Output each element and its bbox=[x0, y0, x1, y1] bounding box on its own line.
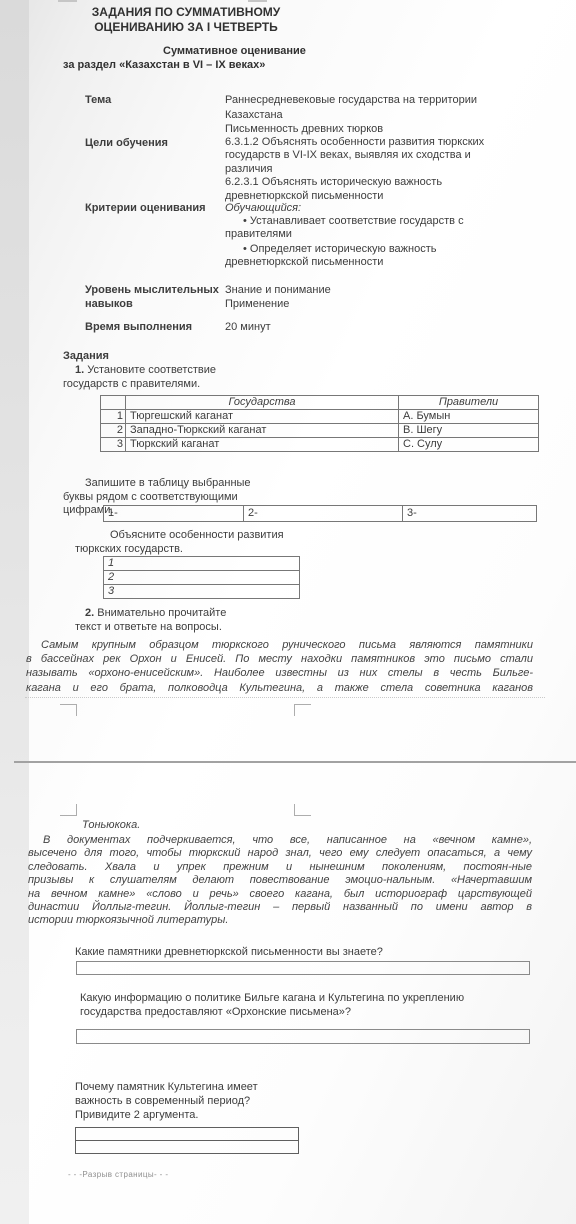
reading-line: Самым крупным образцом тюркского руничес… bbox=[26, 638, 533, 652]
question-2: Какую информацию о политике Бильге каган… bbox=[80, 992, 540, 1019]
task2-number: 2. bbox=[85, 607, 94, 619]
doc-title: ЗАДАНИЯ ПО СУММАТИВНОМУ ОЦЕНИВАНИЮ ЗА I … bbox=[36, 5, 336, 35]
reading-line: истории тюркоязычной литературы. bbox=[28, 914, 532, 927]
page-left-margin-shade bbox=[0, 0, 29, 1224]
match-row-num: 1 bbox=[101, 410, 126, 424]
page2-top-left-corner-mark bbox=[60, 804, 77, 816]
doc-subtitle-line2: за раздел «Казахстан в VI – IX веках» bbox=[63, 58, 313, 72]
doc-subtitle-line1: Суммативное оценивание bbox=[63, 44, 313, 58]
match-header-states: Государства bbox=[126, 396, 399, 410]
explain-row-1[interactable]: 1 bbox=[104, 557, 300, 571]
argument-row-1 bbox=[76, 1128, 299, 1141]
answer-box-2[interactable] bbox=[76, 1029, 530, 1044]
letters-answer-row: 1- 2- 3- bbox=[104, 506, 537, 522]
reading-line: высечено для того, чтобы тюркский народ … bbox=[28, 847, 532, 860]
answer-cell-3[interactable]: 3- bbox=[403, 506, 537, 522]
argument-cell-2[interactable] bbox=[76, 1141, 299, 1154]
match-table-header-row: Государства Правители bbox=[101, 396, 539, 410]
explain-note: Объясните особенности развития тюркских … bbox=[75, 529, 305, 556]
meta-theme-label: Тема bbox=[85, 93, 221, 107]
reading-paragraph-page2: В документах подчеркивается, что все, на… bbox=[28, 834, 532, 928]
explain-answer-table: 1 2 3 bbox=[103, 556, 300, 599]
match-table-row: 1 Тюргешский каганат А. Бумын bbox=[101, 410, 539, 424]
page2-top-right-corner-mark bbox=[294, 804, 311, 816]
reading-line: на вечном камне» «слово и речь» своего к… bbox=[28, 888, 532, 901]
letters-answer-table: 1- 2- 3- bbox=[103, 505, 537, 522]
match-row-ruler: В. Шегу bbox=[399, 424, 539, 438]
match-row-num: 2 bbox=[101, 424, 126, 438]
reading-line: династии Йоллыг-тегин. Йоллыг-тегин – пе… bbox=[28, 901, 532, 914]
answer-cell-2[interactable]: 2- bbox=[244, 506, 403, 522]
reading-line: называть «орхоно-енисейским». Наиболее и… bbox=[26, 666, 533, 680]
question-1: Какие памятники древнетюркской письменно… bbox=[75, 946, 535, 960]
text-boundary-dotted-line bbox=[25, 697, 545, 698]
page-separator-line bbox=[14, 761, 576, 763]
meta-objectives-value: 6.3.1.2 Объяснять особенности развития т… bbox=[225, 136, 527, 203]
match-header-rulers: Правители bbox=[399, 396, 539, 410]
task2-line2: текст и ответьте на вопросы. bbox=[75, 620, 295, 634]
doc-title-line1: ЗАДАНИЯ ПО СУММАТИВНОМУ bbox=[36, 5, 336, 20]
page-boundary-mark-top-left bbox=[58, 0, 77, 2]
reading-paragraph-page1: Самым крупным образцом тюркского руничес… bbox=[26, 638, 533, 695]
explain-row-2[interactable]: 2 bbox=[104, 571, 300, 585]
page-boundary-mark-top-right bbox=[248, 0, 267, 2]
match-table-row: 2 Западно-Тюркский каганат В. Шегу bbox=[101, 424, 539, 438]
match-header-empty bbox=[101, 396, 126, 410]
meta-time-value: 20 минут bbox=[225, 320, 527, 334]
match-row-state: Тюркский каганат bbox=[126, 438, 399, 452]
task1-line2: государств с правителями. bbox=[63, 377, 293, 391]
argument-row-2 bbox=[76, 1141, 299, 1154]
task2-line1: Внимательно прочитайте bbox=[97, 607, 226, 619]
explain-row: 2 bbox=[104, 571, 300, 585]
doc-title-line2: ОЦЕНИВАНИЮ ЗА I ЧЕТВЕРТЬ bbox=[36, 20, 336, 35]
task2-text: 2. Внимательно прочитайте текст и ответь… bbox=[75, 606, 295, 634]
question-3: Почему памятник Культегина имеет важност… bbox=[75, 1080, 315, 1122]
task1-line1: Установите соответствие bbox=[87, 364, 216, 376]
match-row-state: Западно-Тюркский каганат bbox=[126, 424, 399, 438]
answer-cell-1[interactable]: 1- bbox=[104, 506, 244, 522]
match-row-ruler: С. Сулу bbox=[399, 438, 539, 452]
meta-skills-value: Знание и понимание Применение bbox=[225, 283, 527, 311]
explain-row: 1 bbox=[104, 557, 300, 571]
meta-theme-value: Раннесредневековые государства на террит… bbox=[225, 93, 527, 137]
reading-carryover-word: Тоньюкока. bbox=[82, 819, 140, 831]
explain-row-3[interactable]: 3 bbox=[104, 585, 300, 599]
meta-criteria-bullet-1: • Устанавливает соответствие государств … bbox=[225, 215, 527, 242]
reading-line: В документах подчеркивается, что все, на… bbox=[28, 834, 532, 847]
meta-criteria-bullet-2: • Определяет историческую важность древн… bbox=[225, 243, 527, 270]
arguments-answer-table bbox=[75, 1127, 299, 1154]
meta-objectives-label: Цели обучения bbox=[85, 136, 221, 150]
meta-criteria-label: Критерии оценивания bbox=[85, 201, 221, 215]
match-row-ruler: А. Бумын bbox=[399, 410, 539, 424]
reading-line: призывы к слушателям делают повествовани… bbox=[28, 874, 532, 887]
task1-text: 1. Установите соответствие государств с … bbox=[63, 363, 293, 391]
match-table: Государства Правители 1 Тюргешский каган… bbox=[100, 395, 539, 452]
reading-line: следовать. Хвала и упрек прежним и нынеш… bbox=[28, 861, 532, 874]
meta-skills-label: Уровень мыслительных навыков bbox=[85, 283, 221, 311]
page1-bottom-left-corner-mark bbox=[60, 704, 77, 716]
argument-cell-1[interactable] bbox=[76, 1128, 299, 1141]
match-row-state: Тюргешский каганат bbox=[126, 410, 399, 424]
explain-row: 3 bbox=[104, 585, 300, 599]
answer-box-1[interactable] bbox=[76, 961, 530, 975]
match-row-num: 3 bbox=[101, 438, 126, 452]
doc-subtitle: Суммативное оценивание за раздел «Казахс… bbox=[63, 44, 313, 72]
meta-criteria-intro: Обучающийся: bbox=[225, 201, 527, 215]
page1-bottom-right-corner-mark bbox=[294, 704, 311, 716]
document-page: ЗАДАНИЯ ПО СУММАТИВНОМУ ОЦЕНИВАНИЮ ЗА I … bbox=[0, 0, 576, 1224]
tasks-heading: Задания bbox=[63, 349, 109, 363]
match-table-row: 3 Тюркский каганат С. Сулу bbox=[101, 438, 539, 452]
reading-line: кагана и его брата, полководца Культегин… bbox=[26, 681, 533, 695]
meta-time-label: Время выполнения bbox=[85, 320, 221, 334]
task1-number: 1. bbox=[75, 364, 84, 376]
reading-line: в бассейнах рек Орхон и Енисей. По месту… bbox=[26, 652, 533, 666]
page-break-label: - - -Разрыв страницы- - - bbox=[68, 1170, 168, 1179]
